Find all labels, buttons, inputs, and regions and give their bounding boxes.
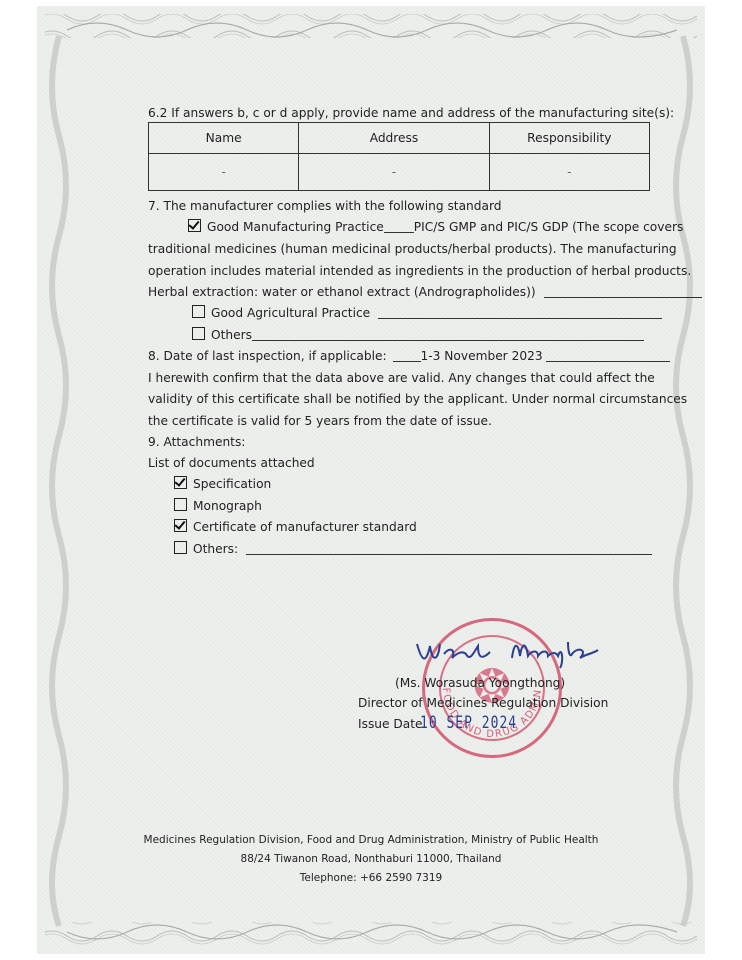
attachment-label: Specification [193,477,271,491]
issue-date-label: Issue Date [358,717,423,731]
attachment-item-certificate: Certificate of manufacturer standard [174,517,417,539]
gap-label: Good Agricultural Practice [211,306,370,320]
others-item: Others [192,325,644,347]
others-blank[interactable] [252,326,644,341]
gmp-value-line4: Herbal extraction: water or ethanol extr… [148,285,536,299]
gmp-blank [384,218,414,233]
confirm-line3: the certificate is valid for 5 years fro… [148,411,492,433]
gmp-value-line2: traditional medicines (human medicinal p… [148,239,644,261]
attachment-others-blank[interactable] [246,540,652,555]
signatory-title: Director of Medicines Regulation Divisio… [358,696,608,710]
gmp-item: Good Manufacturing PracticePIC/S GMP and… [188,217,683,239]
gmp-value-line1: PIC/S GMP and PIC/S GDP (The scope cover… [414,220,684,234]
specification-checkbox[interactable] [174,476,187,489]
column-header-address: Address [299,123,489,154]
cell-name: - [149,154,299,191]
table-header-row: Name Address Responsibility [149,123,650,154]
signatory-name: (Ms. Worasuda Yoongthong) [395,676,565,690]
attachment-item-others: Others: [174,539,652,561]
footer-division: Medicines Regulation Division, Food and … [0,831,742,850]
monograph-checkbox[interactable] [174,498,187,511]
section-7-heading: 7. The manufacturer complies with the fo… [148,196,502,218]
attachment-item-specification: Specification [174,474,271,496]
section-6-2-heading: 6.2 If answers b, c or d apply, provide … [148,106,674,120]
attachment-label: Monograph [193,499,262,513]
inspection-blank-before [393,347,421,362]
gmp-label: Good Manufacturing Practice [207,220,384,234]
inspection-date: 1-3 November 2023 [421,349,543,363]
section-9-heading: 9. Attachments: [148,432,245,454]
column-header-responsibility: Responsibility [489,123,649,154]
certificate-checkbox[interactable] [174,519,187,532]
cell-responsibility: - [489,154,649,191]
gap-item: Good Agricultural Practice [192,303,662,325]
attachment-others-checkbox[interactable] [174,541,187,554]
gmp-value-line3: operation includes material intended as … [148,261,644,283]
others-checkbox[interactable] [192,327,205,340]
confirm-line2: validity of this certificate shall be no… [148,389,644,411]
attachment-item-monograph: Monograph [174,496,262,518]
gap-checkbox[interactable] [192,305,205,318]
footer-address: 88/24 Tiwanon Road, Nonthaburi 11000, Th… [0,850,742,869]
issue-date-stamp: 10 SEP 2024 [420,714,517,734]
gmp-value-line4-row: Herbal extraction: water or ethanol extr… [148,282,702,304]
section-8-row: 8. Date of last inspection, if applicabl… [148,346,670,368]
signature-image [412,632,602,672]
attachment-label: Others: [193,542,238,556]
section-8-label: 8. Date of last inspection, if applicabl… [148,349,387,363]
attachment-label: Certificate of manufacturer standard [193,520,417,534]
inspection-blank-after [546,347,670,362]
table-row: - - - [149,154,650,191]
gmp-checkbox[interactable] [188,219,201,232]
gmp-trailing-blank [544,283,702,298]
column-header-name: Name [149,123,299,154]
others-label: Others [211,328,252,342]
cell-address: - [299,154,489,191]
section-9-subheading: List of documents attached [148,453,315,475]
footer-telephone: Telephone: +66 2590 7319 [0,869,742,888]
confirm-line1: I herewith confirm that the data above a… [148,368,644,390]
gap-blank[interactable] [378,304,662,319]
manufacturing-sites-table: Name Address Responsibility - - - [148,122,650,191]
